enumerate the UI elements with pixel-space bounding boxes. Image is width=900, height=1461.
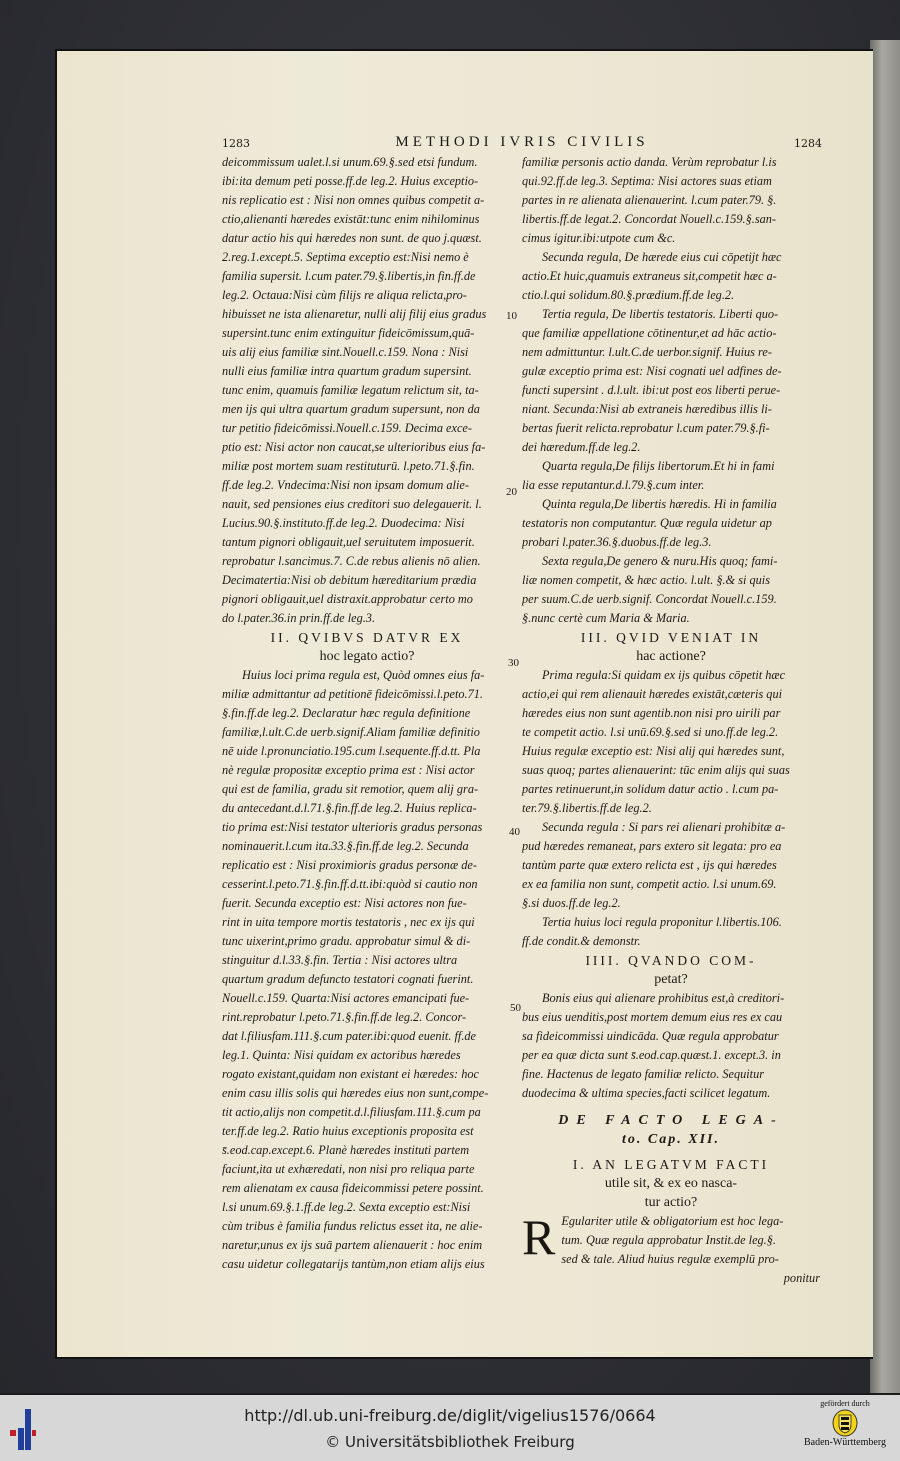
paragraph: Prima regula:Si quidam ex ijs quibus cōp… — [522, 666, 820, 818]
paragraph: Quinta regula,De libertis hæredis. Hi in… — [522, 495, 820, 552]
text-line: 2.reg.1.except.5. Septima exceptio est:N… — [222, 248, 512, 267]
text-line: libertis.ff.de legat.2. Concordat Nouell… — [522, 210, 820, 229]
paragraph-line: per suum.C.de uerb.signif. Concordat Nou… — [522, 590, 820, 609]
paragraph-line: ff.de condit.& demonstr. — [522, 932, 820, 951]
paragraph-line: Tertia huius loci regula proponitur l.li… — [522, 913, 820, 932]
margin-number-30: 30 — [508, 657, 519, 669]
baden-wuerttemberg-crest-icon — [831, 1409, 859, 1437]
text-line: ptio est: Nisi actor non caucat,se ulter… — [222, 438, 512, 457]
text-line: supersint.tunc enim extinguitur fideicōm… — [222, 324, 512, 343]
paragraph-line: te competit actio. l.si unū.69.§.sed si … — [522, 723, 820, 742]
viewer-footer: http://dl.ub.uni-freiburg.de/diglit/vige… — [0, 1393, 900, 1461]
text-line: qui.92.ff.de leg.3. Septima: Nisi actore… — [522, 172, 820, 191]
text-line: leg.2. Octaua:Nisi cùm filijs re aliqua … — [222, 286, 512, 305]
text-line: nulli eius familiæ intra quartum gradum … — [222, 362, 512, 381]
chapter-heading-sub: to. Cap. XII. — [522, 1130, 820, 1149]
text-line: casu uidetur collegatarijs tantùm,non et… — [222, 1255, 512, 1274]
paragraph-line: bus eius uenditis,post mortem demum eius… — [522, 1008, 820, 1027]
text-line: fuerit. Secunda exceptio est: Nisi actor… — [222, 894, 512, 913]
text-line: §.fin.ff.de leg.2. Declaratur hæc regula… — [222, 704, 512, 723]
text-line: tunc uixerint,primo gradu. approbatur si… — [222, 932, 512, 951]
text-line: du antecedant.d.l.71.§.fin.ff.de leg.2. … — [222, 799, 512, 818]
text-line: dat l.filiusfam.111.§.cum pater.ibi:quod… — [222, 1027, 512, 1046]
paragraph-line: bertas fuerit relicta.reprobatur l.cum p… — [522, 419, 820, 438]
text-line: rint in uita tempore mortis testatoris ,… — [222, 913, 512, 932]
section-heading-3-sub: hac actione? — [522, 647, 820, 666]
text-line: hibuisset ne ista alienaretur, nulli ali… — [222, 305, 512, 324]
paragraph-line: Secunda regula, De hærede eius cui cōpet… — [522, 248, 820, 267]
paragraph-line: testatoris non computantur. Quæ regula u… — [522, 514, 820, 533]
paragraph-line: Huius regulæ exceptio est: Nisi alij qui… — [522, 742, 820, 761]
section-heading-2-sub: hoc legato actio? — [222, 647, 512, 666]
text-line: rem alienatam ex causa fideicommissi pet… — [222, 1179, 512, 1198]
paragraph-line: dei hæredum.ff.de leg.2. — [522, 438, 820, 457]
paragraph: Sexta regula,De genero & nuru.His quoq; … — [522, 552, 820, 628]
paragraph-line: actio,ei qui rem alienauit hæredes exist… — [522, 685, 820, 704]
text-line: nè regulæ propositæ exceptio prima est :… — [222, 761, 512, 780]
text-line: familiæ personis actio danda. Verùm repr… — [522, 153, 820, 172]
text-line: rint.reprobatur l.peto.71.§.fin.ff.de le… — [222, 1008, 512, 1027]
paragraph-line: tantùm parte quæ extero relicta est , ij… — [522, 856, 820, 875]
paragraph: Secunda regula : Si pars rei alienari pr… — [522, 818, 820, 913]
left-column: deicommissum ualet.l.si unum.69.§.sed et… — [222, 153, 512, 1274]
paragraph-line: §.nunc certè cum Maria & Maria. — [522, 609, 820, 628]
text-line: nis replicatio est : Nisi non omnes quib… — [222, 191, 512, 210]
drop-capital: R — [522, 1214, 555, 1260]
right-column: familiæ personis actio danda. Verùm repr… — [522, 153, 820, 1288]
paragraph-line: Secunda regula : Si pars rei alienari pr… — [522, 818, 820, 837]
text-line: Decimatertia:Nisi ob debitum hæreditariu… — [222, 571, 512, 590]
paragraph-line: lia esse reputantur.d.l.79.§.cum inter. — [522, 476, 820, 495]
text-line: s̄.eod.cap.except.6. Planè hæredes insti… — [222, 1141, 512, 1160]
text-line: ibi:ita demum peti posse.ff.de leg.2. Hu… — [222, 172, 512, 191]
paragraph-line: Sexta regula,De genero & nuru.His quoq; … — [522, 552, 820, 571]
chapter-question-heading-3: tur actio? — [522, 1193, 820, 1212]
text-line: miliæ admittantur ad petitionē fideicōmi… — [222, 685, 512, 704]
text-line: replicatio est : Nisi proximioris gradus… — [222, 856, 512, 875]
paragraph: Tertia huius loci regula proponitur l.li… — [522, 913, 820, 951]
paragraph-line: liæ nomen competit, & hæc actio. l.ult. … — [522, 571, 820, 590]
book-edge — [870, 40, 900, 1393]
text-line: nē uide l.pronunciatio.195.cum l.sequent… — [222, 742, 512, 761]
text-line: Lucius.90.§.instituto.ff.de leg.2. Duode… — [222, 514, 512, 533]
rules-block-4: Bonis eius qui alienare prohibitus est,à… — [522, 989, 820, 1103]
paragraph-line: que familiæ appellatione cōtinentur,et a… — [522, 324, 820, 343]
paragraph-line: fine. Hactenus de legato familiæ relicto… — [522, 1065, 820, 1084]
paragraph-line: suas quoq; partes alienauerint: tūc enim… — [522, 761, 820, 780]
section-heading-3: III. QVID VENIAT IN — [522, 628, 820, 647]
paragraph-line: probari l.pater.36.§.duobus.ff.de leg.3. — [522, 533, 820, 552]
sponsor-logo: gefördert durch Baden-Württemberg — [795, 1397, 895, 1461]
paragraph-line: Quinta regula,De libertis hæredis. Hi in… — [522, 495, 820, 514]
text-line: Nouell.c.159. Quarta:Nisi actores emanci… — [222, 989, 512, 1008]
rules-block-3: Prima regula:Si quidam ex ijs quibus cōp… — [522, 666, 820, 951]
rules-block: Secunda regula, De hærede eius cui cōpet… — [522, 248, 820, 628]
text-line: ctio,alienanti hæredes existāt:tunc enim… — [222, 210, 512, 229]
paragraph-line: ter.79.§.libertis.ff.de leg.2. — [522, 799, 820, 818]
folio-right: 1284 — [794, 137, 822, 150]
paragraph-line: Bonis eius qui alienare prohibitus est,à… — [522, 989, 820, 1008]
chapter-heading: DE FACTO LEGA- — [522, 1111, 820, 1130]
paragraph-line: ex ea familia non sunt, competit actio. … — [522, 875, 820, 894]
text-line: do l.pater.36.in prin.ff.de leg.3. — [222, 609, 512, 628]
paragraph-line: per ea quæ dicta sunt s̄.eod.cap.quæst.1… — [522, 1046, 820, 1065]
paragraph-line: niant. Secunda:Nisi ab extraneis hæredib… — [522, 400, 820, 419]
paragraph-line: §.si duos.ff.de leg.2. — [522, 894, 820, 913]
margin-number-50: 50 — [510, 1002, 521, 1014]
paragraph-line: gulæ exceptio prima est: Nisi cognati ue… — [522, 362, 820, 381]
text-line: enim casu illis solis qui hæredes eius n… — [222, 1084, 512, 1103]
text-line: familiæ,l.ult.C.de uerb.signif.Aliam fam… — [222, 723, 512, 742]
text-line: reprobatur l.sancimus.7. C.de rebus alie… — [222, 552, 512, 571]
paragraph-line: hæredes eius non sunt agentib.non nisi p… — [522, 704, 820, 723]
left-lines-block: deicommissum ualet.l.si unum.69.§.sed et… — [222, 153, 512, 628]
left-lines-after-block: Huius loci prima regula est, Quòd omnes … — [222, 666, 512, 1274]
paragraph: Quarta regula,De filijs libertorum.Et hi… — [522, 457, 820, 495]
text-line: cimus igitur.ibi:utpote cum &c. — [522, 229, 820, 248]
text-line: tit actio,alijs non competit.d.l.filiusf… — [222, 1103, 512, 1122]
paragraph-line: actio.Et huic,quamuis extraneus sit,comp… — [522, 267, 820, 286]
text-line: quartum gradum defuncto testatori cognat… — [222, 970, 512, 989]
text-line: rogato existant,quidam non existant ei h… — [222, 1065, 512, 1084]
sponsor-name: Baden-Württemberg — [795, 1437, 895, 1448]
right-lines-block: familiæ personis actio danda. Verùm repr… — [522, 153, 820, 248]
text-line: pignori obligauit,uel distraxit.approbat… — [222, 590, 512, 609]
chapter-question-heading: I. AN LEGATVM FACTI — [522, 1155, 820, 1174]
text-line: qui est de familia, gradu sit remotior, … — [222, 780, 512, 799]
text-line: sed & tale. Aliud huius regulæ exemplū p… — [522, 1250, 820, 1269]
margin-number-20: 20 — [506, 486, 517, 498]
text-line: partes in re alienata alienauerint. l.cu… — [522, 191, 820, 210]
text-line: ff.de leg.2. Vndecima:Nisi non ipsam dom… — [222, 476, 512, 495]
paragraph: Tertia regula, De libertis testatoris. L… — [522, 305, 820, 457]
paragraph-line: Tertia regula, De libertis testatoris. L… — [522, 305, 820, 324]
text-line: leg.1. Quinta: Nisi quidam ex actoribus … — [222, 1046, 512, 1065]
paragraph-line: duodecima & ultima species,facti scilice… — [522, 1084, 820, 1103]
text-line: nauit, sed pensiones eius creditori suo … — [222, 495, 512, 514]
margin-number-10: 10 — [506, 310, 517, 322]
dropcap-paragraph: R Egulariter utile & obligatorium est ho… — [522, 1212, 820, 1269]
paragraph: Secunda regula, De hærede eius cui cōpet… — [522, 248, 820, 305]
paragraph-line: pud hæredes remaneat, pars extero sit le… — [522, 837, 820, 856]
text-line: tur petitio fideicōmissi.Nouell.c.159. D… — [222, 419, 512, 438]
text-line: tio prima est:Nisi testator ulterioris g… — [222, 818, 512, 837]
chapter-question-heading-2: utile sit, & ex eo nasca- — [522, 1174, 820, 1193]
text-line: tantum pignori obligauit,uel seruitutem … — [222, 533, 512, 552]
text-line: stinguitur d.l.33.§.fin. Tertia : Nisi a… — [222, 951, 512, 970]
text-line: l.si unum.69.§.1.ff.de leg.2. Sexta exce… — [222, 1198, 512, 1217]
text-line: ter.ff.de leg.2. Ratio huius exceptionis… — [222, 1122, 512, 1141]
paragraph-line: sa fideicommissi uindicāda. Quæ regula a… — [522, 1027, 820, 1046]
text-line: nominauerit.l.cum ita.33.§.fin.ff.de leg… — [222, 837, 512, 856]
text-line: uis alij eius familiæ sint.Nouell.c.159.… — [222, 343, 512, 362]
paragraph-line: functi supersint . d.l.ult. ibi:ut post … — [522, 381, 820, 400]
text-line: Egulariter utile & obligatorium est hoc … — [522, 1212, 820, 1231]
permalink-url[interactable]: http://dl.ub.uni-freiburg.de/diglit/vige… — [0, 1406, 900, 1425]
text-line: familia supersit. l.cum pater.79.§.liber… — [222, 267, 512, 286]
paragraph-line: ctio.l.qui solidum.80.§.prædium.ff.de le… — [522, 286, 820, 305]
text-line: Huius loci prima regula est, Quòd omnes … — [222, 666, 512, 685]
text-line: naretur,unus ex ijs suā partem alienauer… — [222, 1236, 512, 1255]
text-line: cesserint.l.peto.71.§.fin.ff.d.tt.ibi:qu… — [222, 875, 512, 894]
text-line: miliæ post mortem suam restituturū. l.pe… — [222, 457, 512, 476]
catchword: ponitur — [522, 1269, 820, 1288]
text-line: faciunt,ita ut exhæredati, non nisi pro … — [222, 1160, 512, 1179]
text-line: tum. Quæ regula approbatur Instit.de leg… — [522, 1231, 820, 1250]
paragraph-line: Prima regula:Si quidam ex ijs quibus cōp… — [522, 666, 820, 685]
paragraph-line: Quarta regula,De filijs libertorum.Et hi… — [522, 457, 820, 476]
text-line: cùm tribus è familia fundus relictus ess… — [222, 1217, 512, 1236]
section-heading-4-sub: petat? — [522, 970, 820, 989]
copyright-notice: © Universitätsbibliothek Freiburg — [0, 1433, 900, 1451]
paragraph-line: partes retinuerunt,in solidum datur acti… — [522, 780, 820, 799]
paragraph: Bonis eius qui alienare prohibitus est,à… — [522, 989, 820, 1103]
running-title: METHODI IVRIS CIVILIS — [222, 134, 822, 151]
text-line: men ijs qui ultra quartum gradum supersu… — [222, 400, 512, 419]
section-heading-4: IIII. QVANDO COM- — [522, 951, 820, 970]
text-line: tunc enim, quamuis familiæ legatum relic… — [222, 381, 512, 400]
section-heading-2: II. QVIBVS DATVR EX — [222, 628, 512, 647]
text-line: datur actio his qui hæredes non sunt. de… — [222, 229, 512, 248]
paragraph-line: nem admittuntur. l.ult.C.de uerbor.signi… — [522, 343, 820, 362]
margin-number-40: 40 — [509, 826, 520, 838]
text-line: deicommissum ualet.l.si unum.69.§.sed et… — [222, 153, 512, 172]
sponsor-caption: gefördert durch — [795, 1399, 895, 1408]
